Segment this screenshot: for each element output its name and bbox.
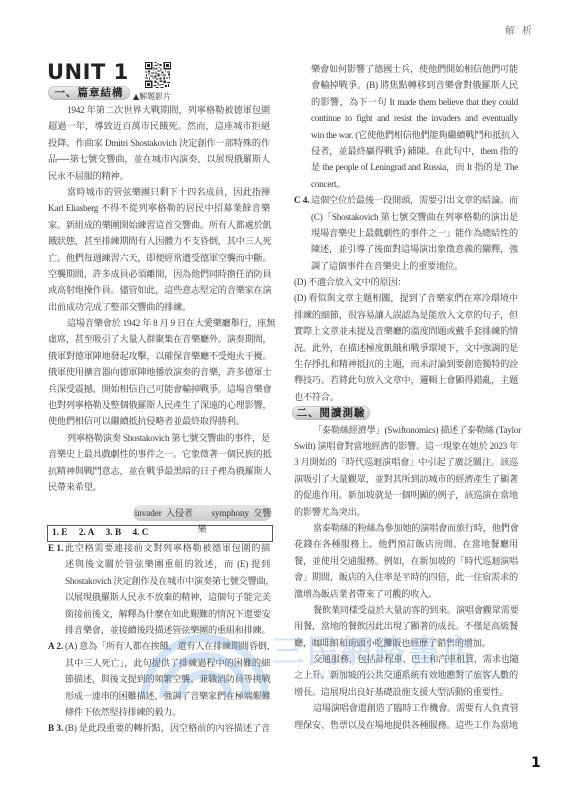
explanation-line: 也不符合。 (294, 389, 518, 405)
explanation-line: 形成一連串的困難描述，強調了音樂家們在極端艱難 (48, 688, 270, 704)
paragraph-line: 投降。作曲家 Dmitri Shostakovich 決定創作一部特殊的作 (48, 135, 270, 151)
running-header: 解 析 (505, 22, 534, 37)
explanation-line: 節描述，與後文提到的頻繁空襲、兼職消防員等挑戰 (48, 671, 270, 687)
paragraph-line: 3 月開始的「時代巡迴演唱會」中引起了廣泛關注。該巡 (294, 454, 518, 470)
paragraph-line: 當時城市的管弦樂團只剩下十四名成員，因此指揮 (48, 184, 270, 200)
paragraph: 「泰勒絲經濟學」(Swiftonomics) 描述了泰勒絲 (Taylor Sw… (294, 422, 518, 520)
explanation-c4: C 4.這個空位於最後一段開頭，需要引出文章的結論。而 (C)「Shostako… (294, 192, 518, 274)
paragraph-line: 這場演唱會還創造了臨時工作機會。需要有人負責管 (294, 700, 518, 716)
paragraph: 當泰勒絲的粉絲為參加她的演唱會而旅行時，他們會 花錢在各種服務上。他們預訂飯店房… (294, 520, 518, 602)
explanation-line: 排練的細節，很容易讓人誤認為是能放入文章的句子，但 (294, 307, 518, 323)
paragraph-line: 民帶來希望。 (48, 479, 270, 495)
explanation-a2: A 2.(A) 意為「所有人都在挨餓，還有人在排練期間昏倒， 其中三人死亡」，此… (48, 638, 270, 720)
qr-code-icon (145, 62, 171, 88)
paragraph-line: 家。新組成的樂團開始練習這首交響曲。所有人都處於飢 (48, 217, 270, 233)
section-heading-slot: 二、閱讀測驗 (294, 405, 518, 421)
paragraph-line: 品──第七號交響曲，並在城市內演奏，以展現俄羅斯人 (48, 151, 270, 167)
explanation-text: (B) 是此段重要的轉折點，因空格前的內容描述了音 (65, 723, 270, 733)
paragraph: 當時城市的管弦樂團只剩下十四名成員，因此指揮 Karl Eliasberg 不得… (48, 184, 270, 315)
paragraph-line: 交通服務，包括計程車、巴士和汽車租賃，需求也隨 (294, 651, 518, 667)
section-title-structure: 一、篇章結構 (48, 86, 130, 100)
paragraph-line: 超過一年，導致近百萬市民餓死。然而，這座城市拒絕 (48, 118, 270, 134)
explanation-line: 生存掙扎和精神抵抗的主題，而未討論到要創造獨特的詮 (294, 356, 518, 372)
paragraph-line: 之上升。新加坡的公共交通系統有效地應對了旅客人數的 (294, 667, 518, 683)
unit-title: UNIT 1 (47, 62, 129, 83)
paragraph-line: 激增為飯店業者帶來了可觀的收入。 (294, 586, 518, 602)
explanation-line: 會輸掉戰爭。(B) 將焦點轉移到音樂會對俄羅斯人民 (294, 77, 518, 93)
explanation-line: 述與後文關於管弦樂團重組的敘述，而 (E) 提到 (48, 556, 270, 572)
paragraph-line: 或高射炮操作員。儘管如此，這些意志堅定的音樂家在演 (48, 282, 270, 298)
answer-item: 1. E (52, 528, 68, 538)
explanation-line: 的影響，為下一句 It made them believe that they … (294, 94, 518, 110)
paragraph-line: 抗精神與戰鬥意志，並在戰爭最黑暗的日子裡為俄羅斯人 (48, 463, 270, 479)
paragraph-line: 1942 年第二次世界大戰期間，列寧格勒被德軍包圍 (48, 102, 270, 118)
paragraph-line: 演吸引了大量觀眾，並對其所到訪城市的經濟產生了顯著 (294, 471, 518, 487)
explanation-line: 實際上文章並未提及音樂廳的溫度問題或戴手套排練的情 (294, 323, 518, 339)
paragraph-line: 使他們相信可以繼續抵抗侵略者並最終取得勝利。 (48, 413, 270, 429)
explanation-e1: E 1.此空格需要連接前文對列寧格勒被德軍包圍的描 述與後文關於管弦樂團重組的敘… (48, 540, 270, 638)
paragraph-line: 出前成功完成了整部交響曲的排練。 (48, 299, 270, 315)
paragraph-line: 的促進作用。新加坡就是一個明顯的例子，該巡演在當地 (294, 487, 518, 503)
explanation-text: 這個空位於最後一段開頭，需要引出文章的結論。而 (311, 195, 518, 205)
paragraph-line: 餐飲業同樣受益於大量訪客的到來。演唱會觀眾需要 (294, 602, 518, 618)
paragraph-line: Swift) 演唱會對當地經濟的影響。這一現象在她於 2023 年 (294, 438, 518, 454)
paragraph-line: 廳，咖啡館和街頭小吃攤販也經歷了銷售的增加。 (294, 635, 518, 651)
explanation-line: 條件下依然堅持排練的毅力。 (48, 704, 270, 720)
paragraph: 交通服務，包括計程車、巴士和汽車租賃，需求也隨 之上升。新加坡的公共交通系統有效… (294, 651, 518, 700)
explanation-line: 侵者，並最終贏得戰爭) 鋪陳。在此句中，them 指的 (294, 143, 518, 159)
explanation-line: 釋技巧。若將此句放入文章中，邏輯上會顯得錯亂，主題 (294, 372, 518, 388)
passage-left-column: 1942 年第二次世界大戰期間，列寧格勒被德軍包圍 超過一年，導致近百萬市民餓死… (48, 102, 270, 495)
explanations-left-column: E 1.此空格需要連接前文對列寧格勒被德軍包圍的描 述與後文關於管弦樂團重組的敘… (48, 540, 270, 737)
explanation-line: 其中三人死亡」，此句提供了排練過程中的困難的細 (48, 655, 270, 671)
answer-label: C 4. (294, 192, 310, 208)
explanation-line: continue to fight and resist the invader… (294, 110, 518, 126)
solution-video-label: ▲解題影片 (133, 91, 171, 102)
explanation-text: 此空格需要連接前文對列寧格勒被德軍包圍的描 (65, 543, 270, 553)
explanation-line: Shostakovich 決定創作及在城市中演奏第七號交響曲， (48, 573, 270, 589)
explanation-line: 以展現俄羅斯人民永不放棄的精神，這個句子能完美 (48, 589, 270, 605)
section-title-reading: 二、閱讀測驗 (292, 406, 370, 420)
answer-label: A 2. (48, 638, 63, 654)
paragraph-line: 民永不屈服的精神。 (48, 168, 270, 184)
explanation-line: 況。此外，在描述極度飢餓和戰爭環境下，文中強調的是 (294, 340, 518, 356)
option-d-heading: (D) 不適合放入文中的原因： (294, 274, 518, 290)
explanation-line: A 2.(A) 意為「所有人都在挨餓，還有人在排練期間昏倒， (48, 638, 270, 654)
explanation-line: (D) 看似與文章主題相關，提到了音樂家們在寒冷環境中 (294, 290, 518, 306)
explanation-line: 陳述，並引導了後面對這場演出象徵意義的闡釋，強 (294, 241, 518, 257)
option-d-explanation: (D) 不適合放入文中的原因： (D) 看似與文章主題相關，提到了音樂家們在寒冷… (294, 274, 518, 405)
vocabulary-pill: invader 入侵者 symphony 交響樂 (133, 505, 272, 521)
vocab-meaning: 入侵者 (166, 508, 193, 518)
paragraph: 1942 年第二次世界大戰期間，列寧格勒被德軍包圍 超過一年，導致近百萬市民餓死… (48, 102, 270, 184)
paragraph-line: 這場音樂會於 1942 年 8 月 9 日在大愛樂廳舉行，座無 (48, 315, 270, 331)
paragraph-line: 兵深受震撼，開始相信自己可能會輸掉戰爭。這場音樂會 (48, 381, 270, 397)
page-number: 1 (531, 755, 541, 771)
right-column: 樂會如何影響了德國士兵，使他們開始相信他們可能 會輸掉戰爭。(B) 將焦點轉移到… (294, 61, 518, 733)
paragraph-line: 增長。這展現出良好基礎設施支援大型活動的重要性。 (294, 684, 518, 700)
paragraph-line: 花錢在各種服務上。他們預訂飯店房間、在當地餐廳用 (294, 536, 518, 552)
paragraph-line: 餐，並使用交通服務。例如，在新加坡的「時代巡迴演唱 (294, 553, 518, 569)
answer-item: 3. B (106, 528, 122, 538)
paragraph-line: 也對列寧格勒及整個俄羅斯人民產生了深遠的心理影響， (48, 397, 270, 413)
explanation-line: 現場音樂史上最戲劇性的事件之一」能作為總結性的 (294, 225, 518, 241)
explanation-line: 是 the people of Leningrad and Russia，而 I… (294, 159, 518, 175)
paragraph-line: 亡。他們每週練習六天，即便經常遭受德軍空襲而中斷。 (48, 250, 270, 266)
explanation-line: C 4.這個空位於最後一段開頭，需要引出文章的結論。而 (294, 192, 518, 208)
vocab-word: invader (135, 508, 162, 518)
explanation-line: 調了這個事件在音樂史上的重要地位。 (294, 258, 518, 274)
paragraph-line: Karl Eliasberg 不得不從列寧格勒的居民中招募業餘音樂 (48, 200, 270, 216)
explanation-line: 樂會如何影響了德國士兵，使他們開始相信他們可能 (294, 61, 518, 77)
explanation-line: (C)「Shostakovich 第七號交響曲在列寧格勒的演出是 (294, 209, 518, 225)
answer-label: B 3. (48, 720, 63, 736)
explanation-line: E 1.此空格需要連接前文對列寧格勒被德軍包圍的描 (48, 540, 270, 556)
paragraph-line: 音樂史上最具戲劇性的事件之一。它象徵著一個民族的抵 (48, 446, 270, 462)
explanation-line: win the war. (它使他們相信他們能夠繼續戰鬥和抵抗入 (294, 127, 518, 143)
paragraph-line: 俄軍使用擴音器向德軍陣地播放演奏的音樂，許多德軍士 (48, 364, 270, 380)
paragraph-line: 當泰勒絲的粉絲為參加她的演唱會而旅行時，他們會 (294, 520, 518, 536)
paragraph-line: 虛席，甚至吸引了大量人群聚集在音樂廳外。演奏期間， (48, 331, 270, 347)
explanation-b3-start: B 3.(B) 是此段重要的轉折點，因空格前的內容描述了音 (48, 720, 270, 736)
reading-passage: 「泰勒絲經濟學」(Swiftonomics) 描述了泰勒絲 (Taylor Sw… (294, 422, 518, 733)
explanation-line: 排音樂會，並接續後段描述管弦樂團的重組和排練。 (48, 622, 270, 638)
vocab-word: symphony (211, 508, 249, 518)
paragraph-line: 用餐，當地的餐飲因此出現了顯著的成長。不僅是高級餐 (294, 618, 518, 634)
answer-label: E 1. (48, 540, 63, 556)
textbook-page: 解 析 UNIT 1 一、篇章結構 ▲解題影片 1942 年第二次世界大戰期間，… (0, 0, 565, 800)
paragraph: 列寧格勒演奏 Shostakovich 第七號交響曲的事件，是 音樂史上最具戲劇… (48, 430, 270, 496)
explanation-line: concert。 (294, 176, 518, 192)
explanation-line: B 3.(B) 是此段重要的轉折點，因空格前的內容描述了音 (48, 720, 270, 736)
explanation-line: 銜接前後文，解釋為什麼在如此艱難的情況下還要安 (48, 606, 270, 622)
paragraph: 這場演唱會還創造了臨時工作機會。需要有人負責管 理保安、售票以及在場地提供各種服… (294, 700, 518, 733)
paragraph-line: 「泰勒絲經濟學」(Swiftonomics) 描述了泰勒絲 (Taylor (294, 422, 518, 438)
paragraph: 餐飲業同樣受益於大量訪客的到來。演唱會觀眾需要 用餐，當地的餐飲因此出現了顯著的… (294, 602, 518, 651)
paragraph-line: 餓狀態，甚至排練期間有人因體力不支昏倒，其中三人死 (48, 233, 270, 249)
paragraph-line: 空襲期間，許多成員必須離開，因為他們同時擔任消防員 (48, 266, 270, 282)
explanation-b3-continued: 樂會如何影響了德國士兵，使他們開始相信他們可能 會輸掉戰爭。(B) 將焦點轉移到… (294, 61, 518, 192)
explanation-text: (A) 意為「所有人都在挨餓，還有人在排練期間昏倒， (65, 641, 276, 651)
answer-item: 2. A (79, 528, 95, 538)
paragraph-line: 會」期間，飯店的入住率是平時的四倍，此一住宿需求的 (294, 569, 518, 585)
paragraph-line: 理保安、售票以及在場地提供各種服務。這些工作為當地 (294, 717, 518, 733)
paragraph-line: 俄軍對德軍陣地發起攻擊，以確保音樂廳不受炮火干擾。 (48, 348, 270, 364)
paragraph-line: 的影響尤為突出。 (294, 504, 518, 520)
answer-item: 4. C (132, 528, 148, 538)
paragraph: 這場音樂會於 1942 年 8 月 9 日在大愛樂廳舉行，座無 虛席，甚至吸引了… (48, 315, 270, 430)
paragraph-line: 列寧格勒演奏 Shostakovich 第七號交響曲的事件，是 (48, 430, 270, 446)
